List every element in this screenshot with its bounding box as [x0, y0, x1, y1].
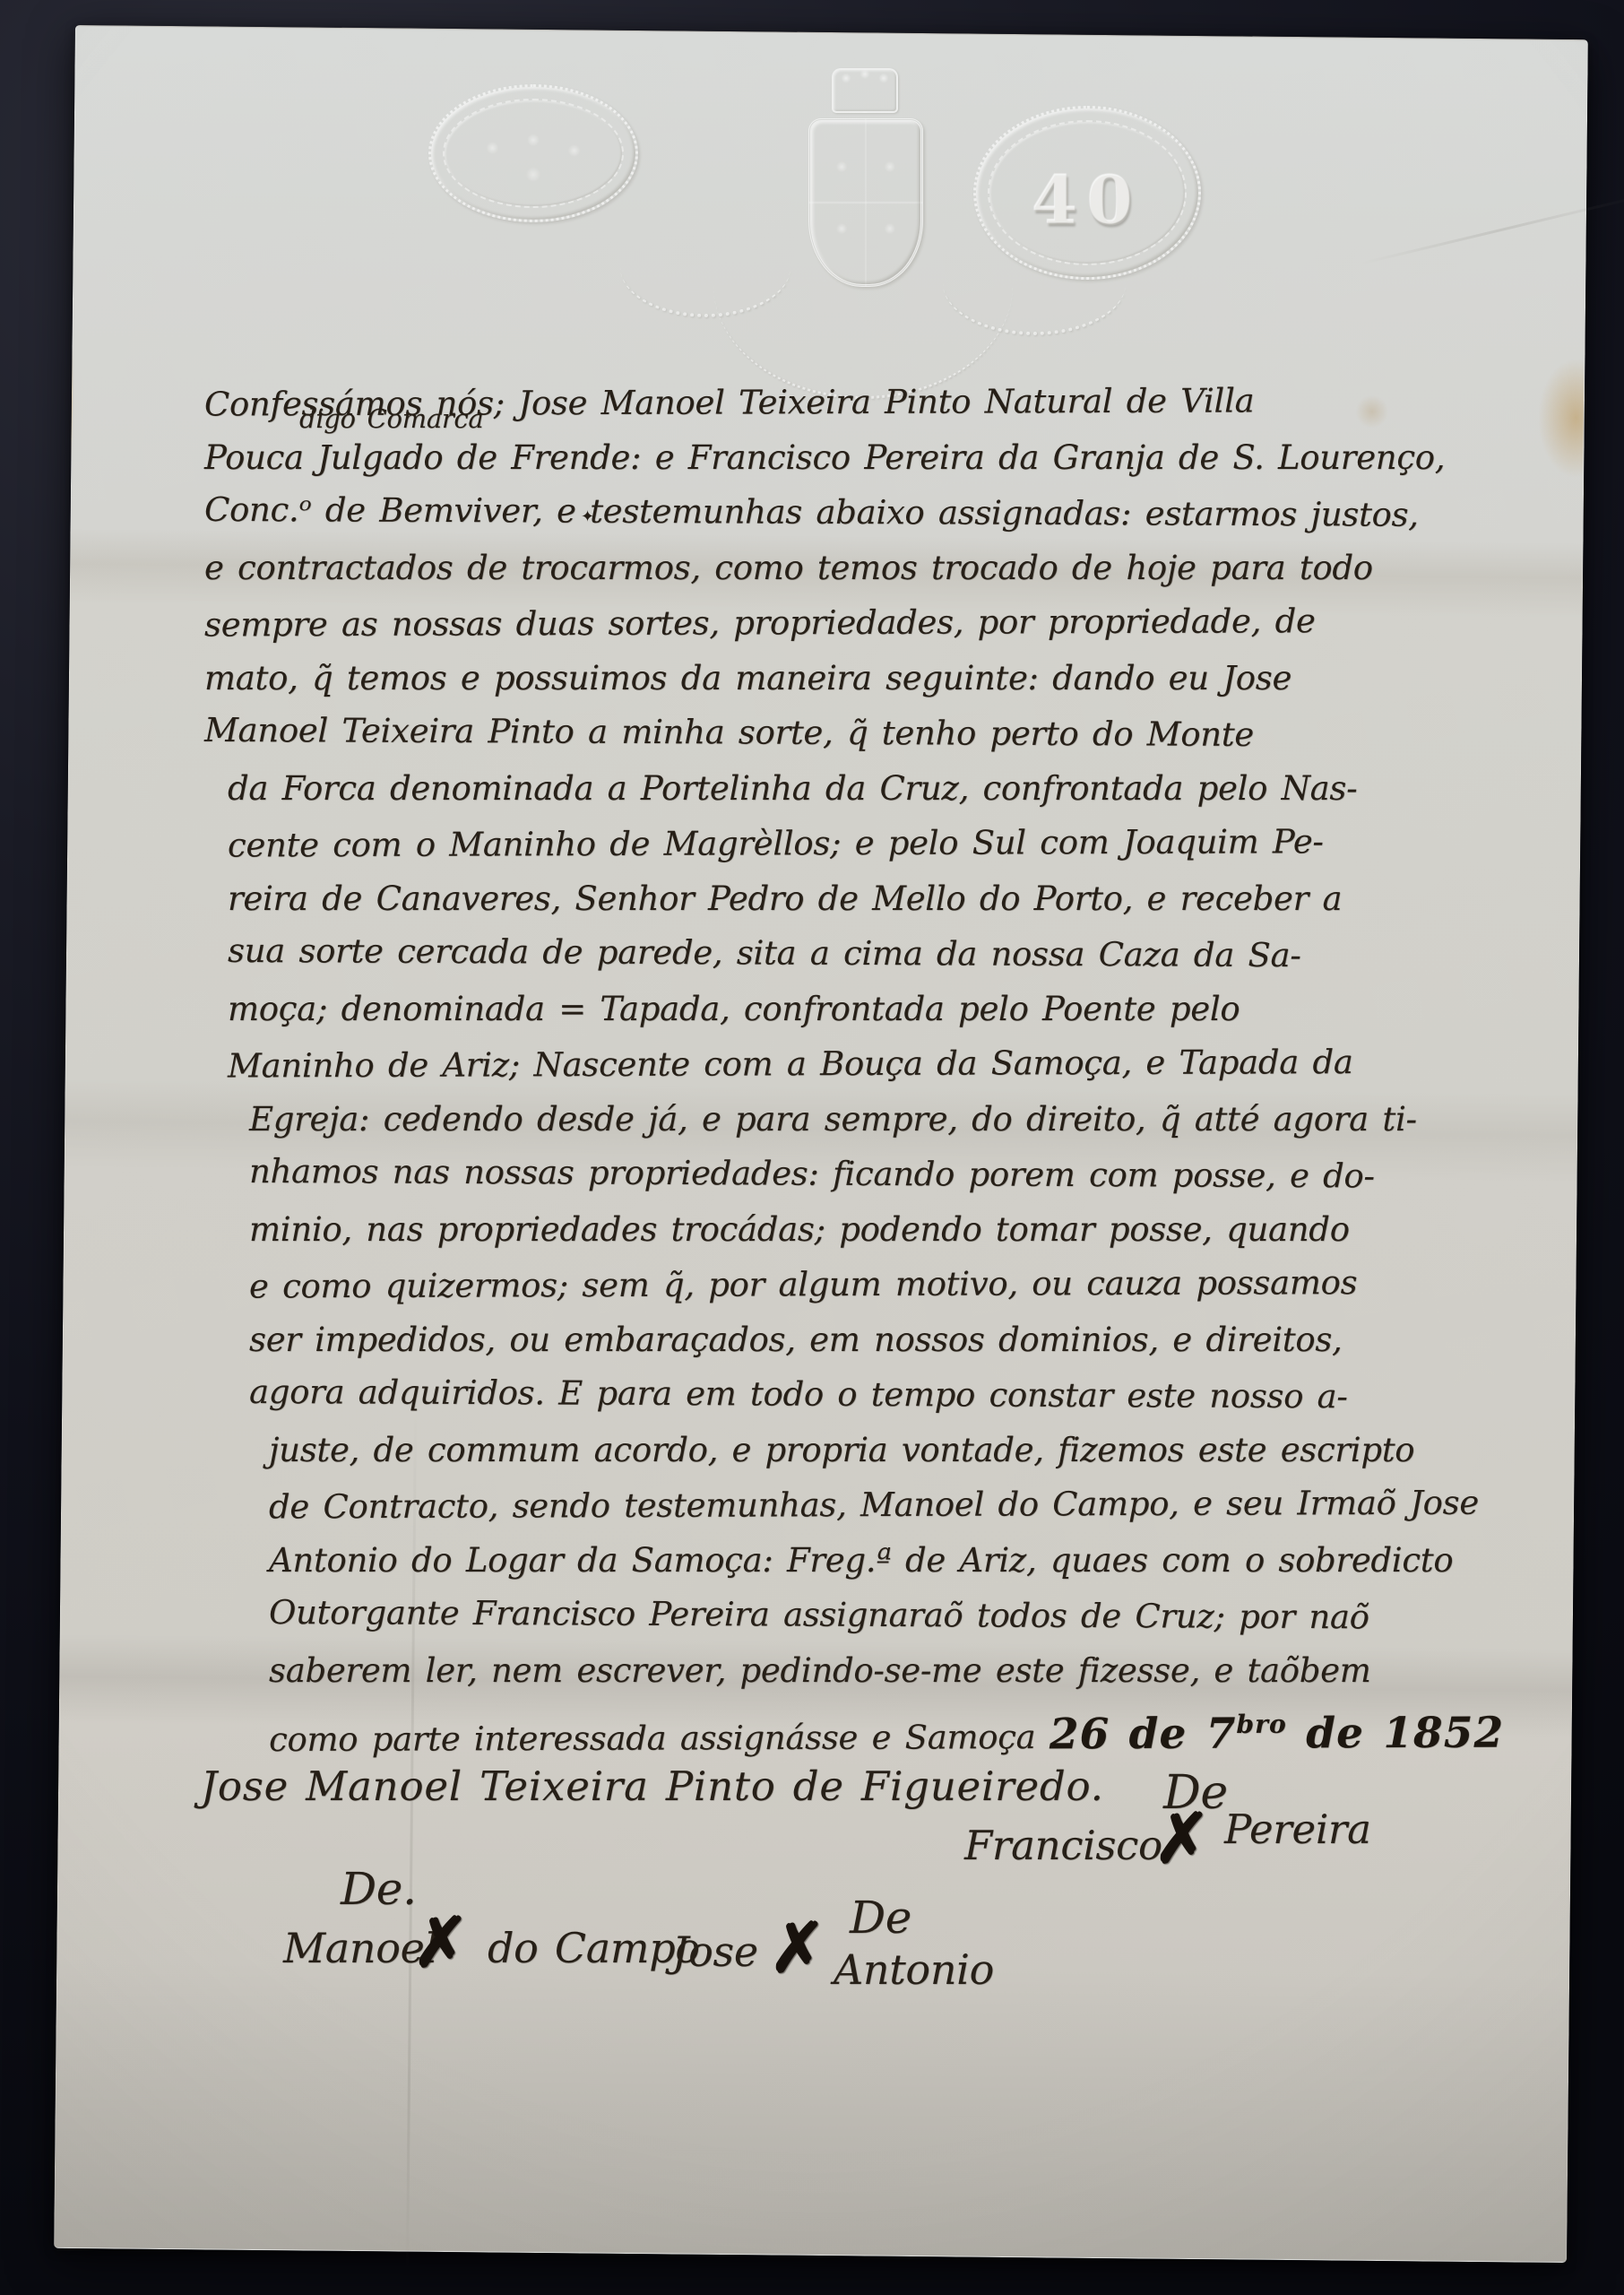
manuscript-closing-line: como parte interessada assignásse e Samo…: [269, 1696, 1504, 1755]
manuscript-line: Antonio do Logar da Samoça: Freg.ª de Ar…: [269, 1533, 1504, 1589]
manuscript-line: Conc.ᵒ de Bemviver, e testemunhas abaixo…: [204, 482, 1504, 543]
signature-cross-mark: ✗: [1153, 1798, 1210, 1878]
signature-jose-manoel-teixeira: Jose Manoel Teixeira Pinto de Figueiredo…: [201, 1762, 1104, 1810]
signature-pereira-name: Pereira: [1224, 1806, 1371, 1853]
manuscript-line: Pouca Julgado de Frende: e Francisco Per…: [204, 430, 1504, 486]
signature-jose-name: Jose: [672, 1927, 758, 1976]
manuscript-line: Manoel Teixeira Pinto a minha sorte, q̃ …: [204, 703, 1504, 764]
manuscript-line: e contractados de trocarmos, como temos …: [204, 541, 1504, 596]
manuscript-line: reira de Canaveres, Senhor Pedro de Mell…: [228, 871, 1504, 927]
manuscript-line: nhamos nas nossas propriedades: ficando …: [249, 1144, 1504, 1205]
manuscript-body: Confessámos nós; Jose Manoel Teixeira Pi…: [204, 375, 1504, 1754]
manuscript-line: ser impedidos, ou embaraçados, em nossos…: [249, 1312, 1504, 1368]
manuscript-line: e como quizermos; sem q̃, por algum moti…: [249, 1255, 1504, 1314]
manuscript-line: minio, nas propriedades trocádas; podend…: [249, 1202, 1504, 1258]
signature-campo-de: De.: [341, 1863, 417, 1915]
manuscript-line: agora adquiridos. E para em todo o tempo…: [249, 1364, 1504, 1425]
signature-do-campo-name: do Campo: [488, 1924, 700, 1972]
photo-backdrop: 40 digo Comarca ✦ Confessámos nós; Jose …: [0, 0, 1624, 2295]
date-month-superscript: bro: [1236, 1709, 1286, 1738]
manuscript-line: sempre as nossas duas sortes, propriedad…: [204, 593, 1504, 653]
garland-icon: [620, 217, 790, 317]
manuscript-line: Confessámos nós; Jose Manoel Teixeira Pi…: [204, 372, 1504, 432]
manuscript-line: cente com o Maninho de Magrèllos; e pelo…: [228, 814, 1504, 873]
date-day-month: 26 de 7: [1050, 1709, 1237, 1759]
manuscript-line: Maninho de Ariz; Nascente com a Bouça da…: [228, 1035, 1504, 1094]
signature-cross-mark: ✗: [412, 1902, 469, 1982]
manuscript-line: sua sorte cercada de parede, sita a cima…: [228, 923, 1504, 984]
signature-cross-mark: ✗: [769, 1908, 825, 1988]
diagonal-crease: [1360, 194, 1624, 265]
closing-text: como parte interessada assignásse e Samo…: [269, 1718, 1050, 1759]
date-year: de 1852: [1287, 1708, 1505, 1758]
garland-icon: [943, 231, 1126, 335]
embossed-oval-seal-left: [428, 84, 638, 222]
signature-jose-de: De: [850, 1892, 911, 1944]
manuscript-line: da Forca denominada a Portelinha da Cruz…: [228, 761, 1504, 817]
manuscript-line: moça; denominada = Tapada, confrontada p…: [228, 982, 1504, 1037]
signature-francisco-name: Francisco: [964, 1822, 1162, 1869]
manuscript-line: de Contracto, sendo testemunhas, Manoel …: [269, 1476, 1504, 1535]
manuscript-line: mato, q̃ temos e possuimos da maneira se…: [204, 651, 1504, 706]
signature-antonio-name: Antonio: [834, 1945, 994, 1994]
stamp-duty-value: 40: [976, 163, 1198, 240]
manuscript-line: Outorgante Francisco Pereira assignaraõ …: [269, 1585, 1504, 1646]
manuscript-line: saberem ler, nem escrever, pedindo-se-me…: [269, 1643, 1504, 1699]
manuscript-line: Egreja: cedendo desde já, e para sempre,…: [249, 1092, 1504, 1147]
document-date: 26 de 7bro de 1852: [1050, 1708, 1504, 1759]
embossed-royal-crest-seal: [765, 57, 961, 367]
crown-icon: [832, 68, 898, 113]
manuscript-line: juste, de commum acordo, e propria vonta…: [269, 1423, 1504, 1478]
